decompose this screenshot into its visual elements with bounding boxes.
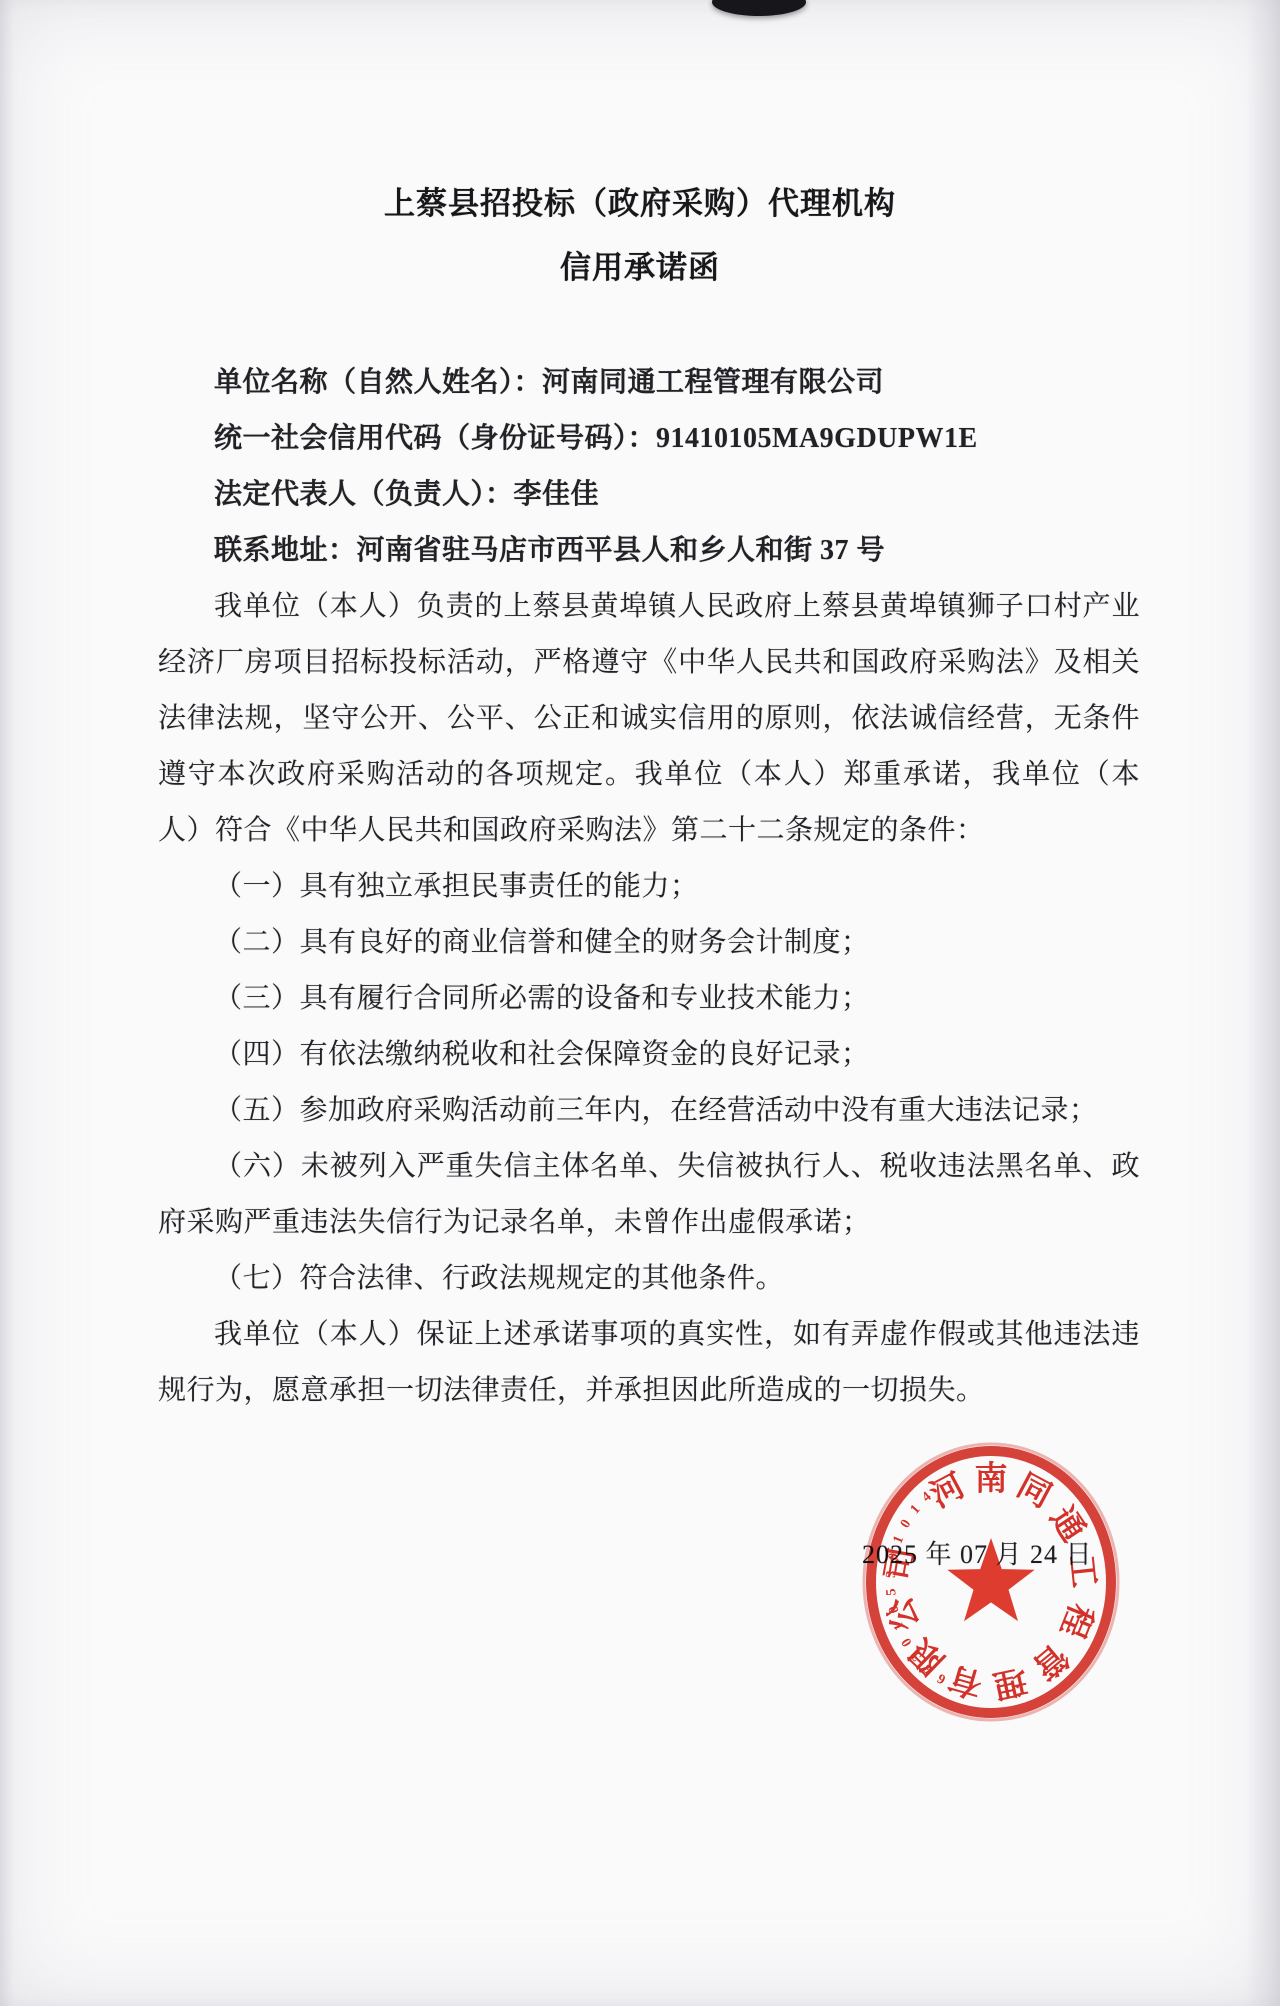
field-legal-representative-label: 法定代表人（负责人）：	[214, 479, 514, 510]
svg-text:5: 5	[884, 1588, 900, 1596]
field-contact-address: 联系地址：河南省驻马店市西平县人和乡人和街 37 号	[158, 523, 1140, 579]
stamp-star	[947, 1538, 1034, 1621]
condition-item-1: （一）具有独立承担民事责任的能力；	[158, 859, 1140, 915]
svg-text:1: 1	[891, 1534, 908, 1546]
scan-edge-shadow-left	[0, 0, 14, 2006]
document-body: 单位名称（自然人姓名）：河南同通工程管理有限公司 统一社会信用代码（身份证号码）…	[158, 355, 1140, 1419]
field-company-name: 单位名称（自然人姓名）：河南同通工程管理有限公司	[158, 355, 1140, 411]
official-stamp-graphic: 河南同通工程管理有限公司 4101035010366	[846, 1432, 1136, 1732]
document-title-line2: 信用承诺函	[0, 236, 1280, 300]
svg-text:6: 6	[935, 1670, 948, 1687]
scanned-document-page: 上蔡县招投标（政府采购）代理机构 信用承诺函 单位名称（自然人姓名）：河南同通工…	[0, 0, 1280, 2006]
svg-text:工: 工	[1062, 1553, 1101, 1590]
field-company-name-label: 单位名称（自然人姓名）：	[214, 367, 542, 398]
field-credit-code: 统一社会信用代码（身份证号码）：91410105MA9GDUPW1E	[158, 411, 1140, 467]
svg-text:有: 有	[945, 1659, 987, 1704]
field-credit-code-label: 统一社会信用代码（身份证号码）：	[214, 423, 656, 454]
scan-edge-shadow-right	[1246, 0, 1280, 2006]
svg-text:3: 3	[884, 1570, 899, 1578]
condition-item-2: （二）具有良好的商业信誉和健全的财务会计制度；	[158, 915, 1140, 971]
document-title-line1: 上蔡县招投标（政府采购）代理机构	[0, 172, 1280, 236]
condition-item-4: （四）有依法缴纳税收和社会保障资金的良好记录；	[158, 1027, 1140, 1083]
field-company-name-value: 河南同通工程管理有限公司	[542, 367, 884, 398]
condition-item-7: （七）符合法律、行政法规规定的其他条件。	[158, 1251, 1140, 1307]
intro-paragraph: 我单位（本人）负责的上蔡县黄埠镇人民政府上蔡县黄埠镇狮子口村产业经济厂房项目招标…	[158, 579, 1140, 859]
field-credit-code-value: 91410105MA9GDUPW1E	[656, 423, 978, 454]
svg-text:河: 河	[925, 1467, 972, 1515]
field-legal-representative-value: 李佳佳	[514, 479, 600, 510]
svg-text:同: 同	[1011, 1468, 1057, 1515]
condition-item-3: （三）具有履行合同所必需的设备和专业技术能力；	[158, 971, 1140, 1027]
svg-text:程: 程	[1053, 1598, 1100, 1642]
condition-item-6: （六）未被列入严重失信主体名单、失信被执行人、税收违法黑名单、政府采购严重违法失…	[158, 1139, 1140, 1251]
scan-artifact-blob	[712, 0, 806, 16]
svg-text:南: 南	[975, 1461, 1008, 1498]
svg-text:0: 0	[899, 1635, 915, 1649]
field-contact-address-label: 联系地址：	[214, 535, 357, 566]
svg-text:1: 1	[908, 1502, 924, 1517]
document-title: 上蔡县招投标（政府采购）代理机构 信用承诺函	[0, 172, 1280, 300]
condition-item-5: （五）参加政府采购活动前三年内，在经营活动中没有重大违法记录；	[158, 1083, 1140, 1139]
svg-text:0: 0	[898, 1517, 914, 1531]
closing-paragraph: 我单位（本人）保证上述承诺事项的真实性，如有弄虚作假或其他违法违规行为，愿意承担…	[158, 1307, 1140, 1419]
official-stamp: 河南同通工程管理有限公司 4101035010366	[846, 1432, 1136, 1732]
svg-text:理: 理	[990, 1661, 1030, 1703]
field-contact-address-value: 河南省驻马店市西平县人和乡人和街 37 号	[357, 535, 886, 566]
field-legal-representative: 法定代表人（负责人）：李佳佳	[158, 467, 1140, 523]
